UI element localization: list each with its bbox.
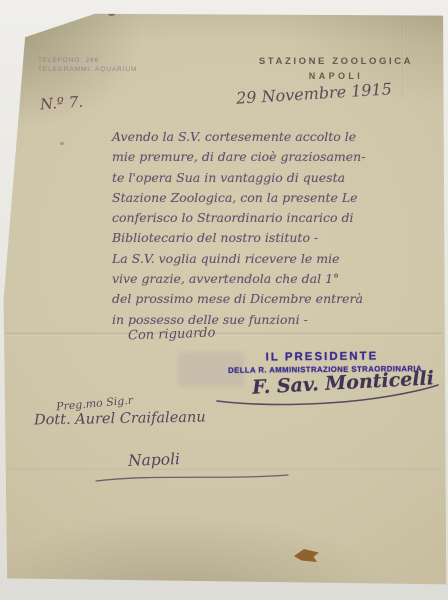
letterhead-telegrams: TELEGRAMMI: AQUARIUM. — [38, 65, 140, 74]
letter-paper: TELEFONO: 266 TELEGRAMMI: AQUARIUM. STAZ… — [0, 0, 448, 600]
letter-body-line: La S.V. voglia quindi ricevere le mie — [112, 249, 428, 269]
letterhead-city: NAPOLI — [250, 71, 422, 81]
letter-date: 29 Novembre 1915 — [236, 79, 393, 107]
letterhead-masthead: STAZIONE ZOOLOGICA NAPOLI — [250, 56, 422, 81]
letter-body-line: vive grazie, avvertendola che dal 1° — [112, 269, 428, 289]
recipient-name: Dott. Aurel Craifaleanu — [34, 410, 206, 429]
letter-body-line: del prossimo mese di Dicembre entrerà — [112, 289, 428, 309]
letter-body: Avendo la S.V. cortesemente accolto le m… — [112, 127, 428, 330]
fold-crease-diagonal — [2, 0, 103, 20]
letterhead-contact-block: TELEFONO: 266 TELEGRAMMI: AQUARIUM. — [38, 56, 140, 74]
fold-crease-horizontal-main — [6, 332, 442, 336]
fold-crease-horizontal-lower — [10, 468, 440, 471]
letter-closing: Con riguardo — [128, 325, 216, 343]
reference-number: N.º 7. — [39, 93, 83, 114]
tape-stain — [294, 549, 319, 562]
recipient-city: Napoli — [128, 450, 181, 470]
letterhead-institution: STAZIONE ZOOLOGICA — [250, 56, 422, 67]
letter-body-line: Avendo la S.V. cortesemente accolto le — [112, 127, 428, 147]
letter-body-line: te l'opera Sua in vantaggio di questa — [112, 168, 428, 188]
photograph-background: TELEFONO: 266 TELEGRAMMI: AQUARIUM. STAZ… — [0, 0, 448, 600]
stamp-title: IL PRESIDENTE — [228, 350, 416, 364]
recipient-city-underline — [92, 470, 292, 486]
paper-speck — [108, 12, 115, 16]
letter-body-line: Stazione Zoologica, con la presente Le — [112, 188, 428, 208]
paper-speck — [60, 142, 64, 145]
letter-body-line: conferisco lo Straordinario incarico di — [112, 208, 428, 228]
letter-body-line: Bibliotecario del nostro istituto - — [112, 228, 428, 248]
letterhead-telephone: TELEFONO: 266 — [38, 56, 140, 65]
letter-body-line: mie premure, di dare cioè graziosamen- — [112, 147, 428, 167]
